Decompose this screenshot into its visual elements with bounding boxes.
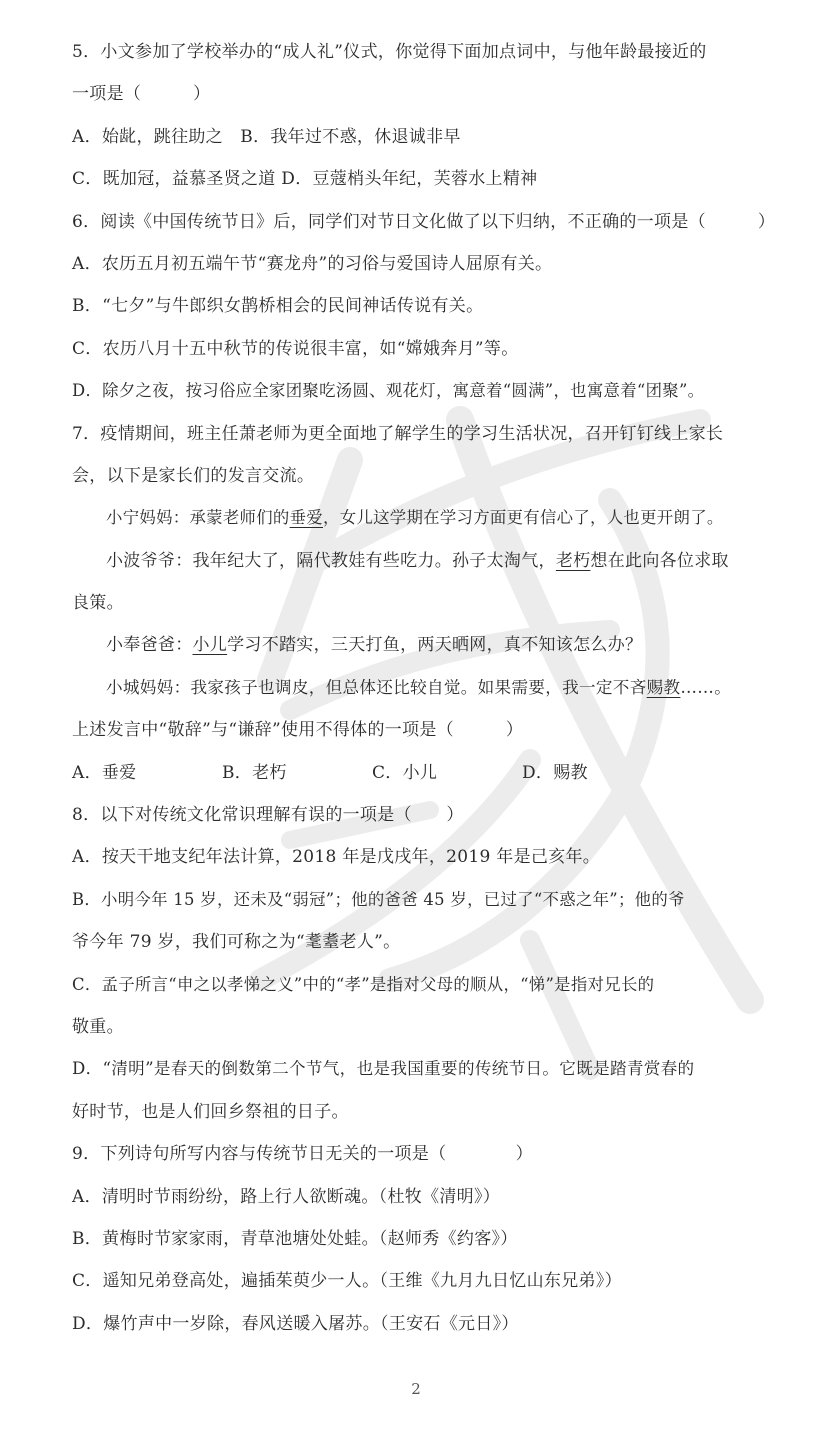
- question-option: 敬重。: [72, 1011, 792, 1053]
- question-option: C．既加冠，益慕圣贤之道 D．豆蔻梢头年纪，芙蓉水上精神: [72, 163, 792, 205]
- speech-text: 小奉爸爸：: [106, 635, 193, 655]
- underlined-term: 老朽: [556, 551, 591, 571]
- option-row: A．垂爱B．老朽C．小儿D．赐教: [72, 757, 792, 799]
- speech-xiaofeng-father: 小奉爸爸：小儿学习不踏实，三天打鱼，两天晒网，真不知该怎么办？: [72, 629, 792, 671]
- question-option: D．除夕之夜，按习俗应全家团聚吃汤圆、观花灯，寓意着“圆满”，也寓意着“团聚”。: [72, 375, 792, 417]
- option-d: D．赐教: [522, 757, 672, 789]
- question-option: C．孟子所言“申之以孝悌之义”中的“孝”是指对父母的顺从，“悌”是指对兄长的: [72, 969, 792, 1011]
- option-a: A．垂爱: [72, 757, 222, 789]
- speech-continuation: 良策。: [72, 587, 792, 629]
- speech-xiaocheng-mother: 小城妈妈：我家孩子也调皮，但总体还比较自觉。如果需要，我一定不吝赐教……。: [72, 672, 792, 714]
- question-option: B．“七夕”与牛郎织女鹊桥相会的民间神话传说有关。: [72, 290, 792, 332]
- question-6: 6．阅读《中国传统节日》后，同学们对节日文化做了以下归纳，不正确的一项是（ ） …: [72, 206, 792, 418]
- speech-text: 小城妈妈：我家孩子也调皮，但总体还比较自觉。如果需要，我一定不吝: [106, 678, 647, 697]
- underlined-term: 赐教: [647, 678, 681, 697]
- speech-text: 想在此向各位求取: [590, 551, 728, 571]
- speech-text: ，女儿这学期在学习方面更有信心了，人也更开朗了。: [323, 508, 724, 527]
- question-stem: 9．下列诗句所写内容与传统节日无关的一项是（ ）: [72, 1138, 792, 1180]
- question-option: A．始龀，跳往助之 B．我年过不惑，休退诚非早: [72, 121, 792, 163]
- question-option: A．清明时节雨纷纷，路上行人欲断魂。（杜牧《清明》）: [72, 1181, 792, 1223]
- page-number: 2: [0, 1380, 832, 1398]
- question-8: 8．以下对传统文化常识理解有误的一项是（ ） A．按天干地支纪年法计算，2018…: [72, 799, 792, 1138]
- question-option: C．农历八月十五中秋节的传说很丰富，如“嫦娥奔月”等。: [72, 333, 792, 375]
- speech-text: 小宁妈妈：承蒙老师们的: [106, 508, 290, 527]
- question-option: 好时节，也是人们回乡祭祖的日子。: [72, 1096, 792, 1138]
- speech-text: ……。: [680, 678, 731, 697]
- question-prompt: 上述发言中“敬辞”与“谦辞”使用不得体的一项是（ ）: [72, 714, 792, 756]
- speech-text: 小波爷爷：我年纪大了，隔代教娃有些吃力。孙子太淘气，: [106, 551, 556, 571]
- question-stem: 一项是（ ）: [72, 78, 792, 120]
- question-5: 5．小文参加了学校举办的“成人礼”仪式，你觉得下面加点词中，与他年龄最接近的 一…: [72, 36, 792, 206]
- question-option: D．爆竹声中一岁除，春风送暖入屠苏。（王安石《元日》）: [72, 1308, 792, 1350]
- question-stem: 7．疫情期间，班主任萧老师为更全面地了解学生的学习生活状况，召开钉钉线上家长: [72, 418, 792, 460]
- underlined-term: 小儿: [193, 635, 228, 655]
- underlined-term: 垂爱: [290, 508, 323, 527]
- question-option: 爷今年 79 岁，我们可称之为“耄耋老人”。: [72, 926, 792, 968]
- question-option: B．小明今年 15 岁，还未及“弱冠”；他的爸爸 45 岁，已过了“不惑之年”；…: [72, 884, 792, 926]
- question-option: B．黄梅时节家家雨，青草池塘处处蛙。（赵师秀《约客》）: [72, 1223, 792, 1265]
- speech-text: 学习不踏实，三天打鱼，两天晒网，真不知该怎么办？: [227, 635, 642, 655]
- question-option: A．农历五月初五端午节“赛龙舟”的习俗与爱国诗人屈原有关。: [72, 248, 792, 290]
- question-option: A．按天干地支纪年法计算，2018 年是戊戌年，2019 年是己亥年。: [72, 841, 792, 883]
- question-option: C．遥知兄弟登高处，遍插茱萸少一人。（王维《九月九日忆山东兄弟》）: [72, 1265, 792, 1307]
- speech-xiaoning-mother: 小宁妈妈：承蒙老师们的垂爱，女儿这学期在学习方面更有信心了，人也更开朗了。: [72, 502, 792, 544]
- question-stem: 5．小文参加了学校举办的“成人礼”仪式，你觉得下面加点词中，与他年龄最接近的: [72, 36, 792, 78]
- question-9: 9．下列诗句所写内容与传统节日无关的一项是（ ） A．清明时节雨纷纷，路上行人欲…: [72, 1138, 792, 1350]
- question-stem: 6．阅读《中国传统节日》后，同学们对节日文化做了以下归纳，不正确的一项是（ ）: [72, 206, 792, 248]
- question-option: D．“清明”是春天的倒数第二个节气，也是我国重要的传统节日。它既是踏青赏春的: [72, 1053, 792, 1095]
- question-stem: 会，以下是家长们的发言交流。: [72, 460, 792, 502]
- question-stem: 8．以下对传统文化常识理解有误的一项是（ ）: [72, 799, 792, 841]
- exam-page: 5．小文参加了学校举办的“成人礼”仪式，你觉得下面加点词中，与他年龄最接近的 一…: [72, 36, 792, 1350]
- option-c: C．小儿: [372, 757, 522, 789]
- option-b: B．老朽: [222, 757, 372, 789]
- question-7: 7．疫情期间，班主任萧老师为更全面地了解学生的学习生活状况，召开钉钉线上家长 会…: [72, 418, 792, 800]
- speech-xiaobo-grandfather: 小波爷爷：我年纪大了，隔代教娃有些吃力。孙子太淘气，老朽想在此向各位求取: [72, 545, 792, 587]
